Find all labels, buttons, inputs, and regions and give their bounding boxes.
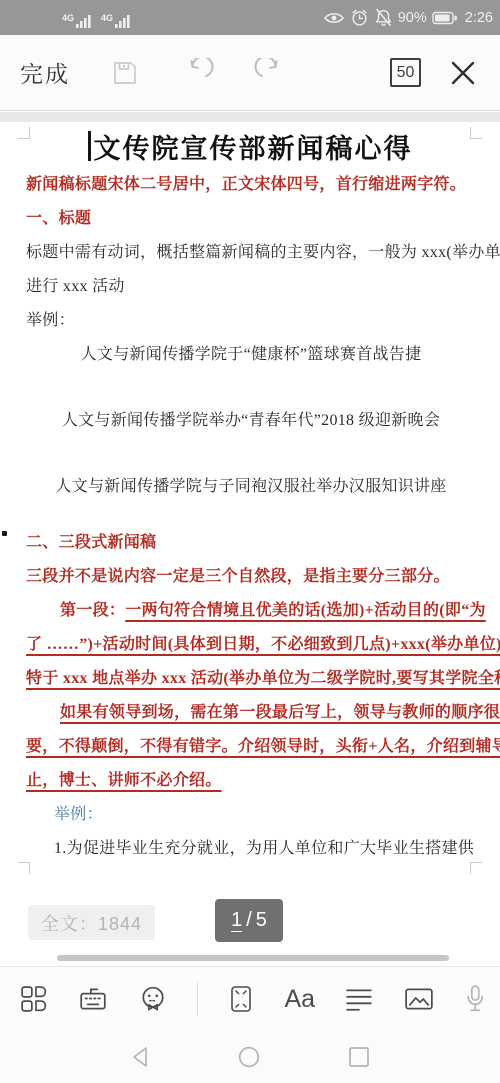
doc-body[interactable]: 新闻稿标题宋体二号居中，正文宋体四号，首行缩进两字符。 一、标题 标题中需有动词… bbox=[0, 166, 500, 866]
margin-mark-bottom-left bbox=[18, 862, 30, 874]
status-bar: 4G 4G bbox=[0, 0, 500, 35]
redo-icon bbox=[254, 58, 288, 88]
page-current: 1 bbox=[231, 909, 242, 932]
blank-line[interactable] bbox=[26, 504, 476, 526]
document-page[interactable]: 文传院宣传部新闻稿心得 新闻稿标题宋体二号居中，正文宋体四号，首行缩进两字符。 … bbox=[0, 112, 500, 950]
toolbar-divider bbox=[197, 982, 198, 1016]
alarm-clock-icon bbox=[350, 8, 369, 27]
paragraph-format-button[interactable] bbox=[345, 987, 373, 1011]
back-triangle-icon bbox=[130, 1046, 150, 1068]
close-icon bbox=[448, 58, 478, 88]
editor-toolbar: 完成 50 bbox=[0, 35, 500, 111]
clock-label: 2:26 bbox=[465, 10, 493, 26]
doc-line[interactable]: 新闻稿标题宋体二号居中，正文宋体四号，首行缩进两字符。 bbox=[26, 168, 476, 202]
font-format-icon: Aa bbox=[284, 987, 315, 1012]
signal-bars-icon bbox=[115, 13, 131, 28]
wps-editor-screen: 4G 4G bbox=[0, 0, 500, 1083]
doc-line[interactable]: 进行 xxx 活动 bbox=[26, 270, 476, 304]
nav-home-button[interactable] bbox=[238, 1046, 260, 1068]
doc-line[interactable]: 一、标题 bbox=[26, 202, 476, 236]
margin-mark-top-right bbox=[470, 127, 482, 139]
emoji-button[interactable] bbox=[139, 985, 167, 1013]
doc-title-text: 文传院宣传部新闻稿心得 bbox=[94, 127, 413, 166]
doc-line[interactable]: 人文与新闻传播学院与子同袍汉服社举办汉服知识讲座 bbox=[26, 470, 476, 504]
undo-icon bbox=[180, 58, 214, 88]
battery-percent-label: 90% bbox=[398, 10, 427, 26]
doc-line-underlined: 一两句符合情境且优美的话(选加)+活动目的(即“为 bbox=[125, 602, 486, 619]
page-indicator-badge: 1 / 5 bbox=[215, 899, 283, 942]
doc-line[interactable]: 第一段：一两句符合情境且优美的话(选加)+活动目的(即“为 bbox=[26, 594, 476, 628]
scrollbar-track bbox=[0, 950, 500, 966]
signal-bars-icon bbox=[76, 13, 92, 28]
blank-line[interactable] bbox=[26, 438, 476, 470]
keyboard-button[interactable] bbox=[78, 985, 108, 1013]
keyboard-icon bbox=[78, 985, 108, 1013]
image-icon bbox=[404, 986, 434, 1012]
doc-line[interactable]: 举例： bbox=[26, 304, 476, 338]
recents-square-icon bbox=[348, 1046, 370, 1068]
battery-icon bbox=[432, 9, 458, 27]
doc-line[interactable]: 特于 xxx 地点举办 xxx 活动(举办单位为二级学院时,要写其学院全称) bbox=[26, 662, 476, 696]
margin-mark-top-left bbox=[18, 127, 30, 139]
voice-input-button[interactable] bbox=[464, 984, 486, 1014]
page-view-button[interactable] bbox=[228, 984, 254, 1014]
page-top-gap bbox=[0, 112, 500, 122]
tools-grid-button[interactable] bbox=[20, 985, 48, 1013]
doc-line[interactable]: 要，不得颠倒，不得有错字。介绍领导时，头衔+人名，介绍到辅导员为 bbox=[26, 730, 476, 764]
page-frame-icon bbox=[228, 984, 254, 1014]
mute-bell-icon bbox=[374, 8, 393, 27]
android-nav-bar bbox=[0, 1031, 500, 1083]
doc-line[interactable]: 了 ……”)+活动时间(具体到日期，不必细致到几点)+xxx(举办单位) bbox=[26, 628, 476, 662]
sim1-signal: 4G bbox=[62, 13, 92, 28]
page-divider: / bbox=[246, 909, 252, 932]
doc-line[interactable]: 举例： bbox=[26, 798, 476, 832]
tools-grid-icon bbox=[20, 985, 48, 1013]
sim2-signal: 4G bbox=[101, 13, 131, 28]
doc-line[interactable]: 止，博士、讲师不必介绍。 bbox=[26, 764, 476, 798]
home-circle-icon bbox=[238, 1046, 260, 1068]
doc-line[interactable]: 标题中需有动词，概括整篇新闻稿的主要内容，一般为 xxx(举办单位) bbox=[26, 236, 476, 270]
doc-line[interactable]: 人文与新闻传播学院举办“青春年代”2018 级迎新晚会 bbox=[26, 404, 476, 438]
word-count-badge: 全文：1844 bbox=[28, 905, 155, 940]
close-button[interactable] bbox=[448, 58, 478, 88]
margin-mark-bottom-right bbox=[470, 862, 482, 874]
font-size-indicator[interactable]: 50 bbox=[390, 58, 421, 87]
page-total: 5 bbox=[256, 909, 267, 932]
doc-line[interactable]: 1.为促进毕业生充分就业，为用人单位和广大毕业生搭建供 bbox=[26, 832, 476, 866]
network-type-label: 4G bbox=[101, 14, 113, 23]
insert-image-button[interactable] bbox=[404, 986, 434, 1012]
microphone-icon bbox=[464, 984, 486, 1014]
align-lines-icon bbox=[345, 987, 373, 1011]
nav-back-button[interactable] bbox=[130, 1046, 150, 1068]
text-cursor bbox=[88, 131, 91, 161]
nav-recents-button[interactable] bbox=[348, 1046, 370, 1068]
doc-title[interactable]: 文传院宣传部新闻稿心得 bbox=[0, 126, 500, 166]
doc-line[interactable]: 如果有领导到场，需在第一段最后写上，领导与教师的顺序很重 bbox=[26, 696, 476, 730]
margin-dot bbox=[2, 531, 7, 536]
save-button[interactable] bbox=[110, 58, 140, 88]
blank-line[interactable] bbox=[26, 372, 476, 404]
doc-line-prefix: 第一段： bbox=[60, 602, 125, 619]
eye-comfort-icon bbox=[323, 10, 345, 26]
doc-line[interactable]: 二、三段式新闻稿 bbox=[26, 526, 476, 560]
redo-button[interactable] bbox=[254, 58, 288, 88]
save-icon bbox=[110, 58, 140, 88]
horizontal-scrollbar[interactable] bbox=[57, 955, 449, 961]
emoji-icon bbox=[139, 985, 167, 1013]
font-format-button[interactable]: Aa bbox=[284, 987, 315, 1012]
edit-tools-bar: Aa bbox=[0, 966, 500, 1031]
doc-line[interactable]: 三段并不是说内容一定是三个自然段，是指主要分三部分。 bbox=[26, 560, 476, 594]
undo-button[interactable] bbox=[180, 58, 214, 88]
network-type-label: 4G bbox=[62, 14, 74, 23]
done-button[interactable]: 完成 bbox=[20, 56, 70, 89]
doc-line[interactable]: 人文与新闻传播学院于“健康杯”篮球赛首战告捷 bbox=[26, 338, 476, 372]
signal-area: 4G 4G bbox=[62, 8, 140, 28]
